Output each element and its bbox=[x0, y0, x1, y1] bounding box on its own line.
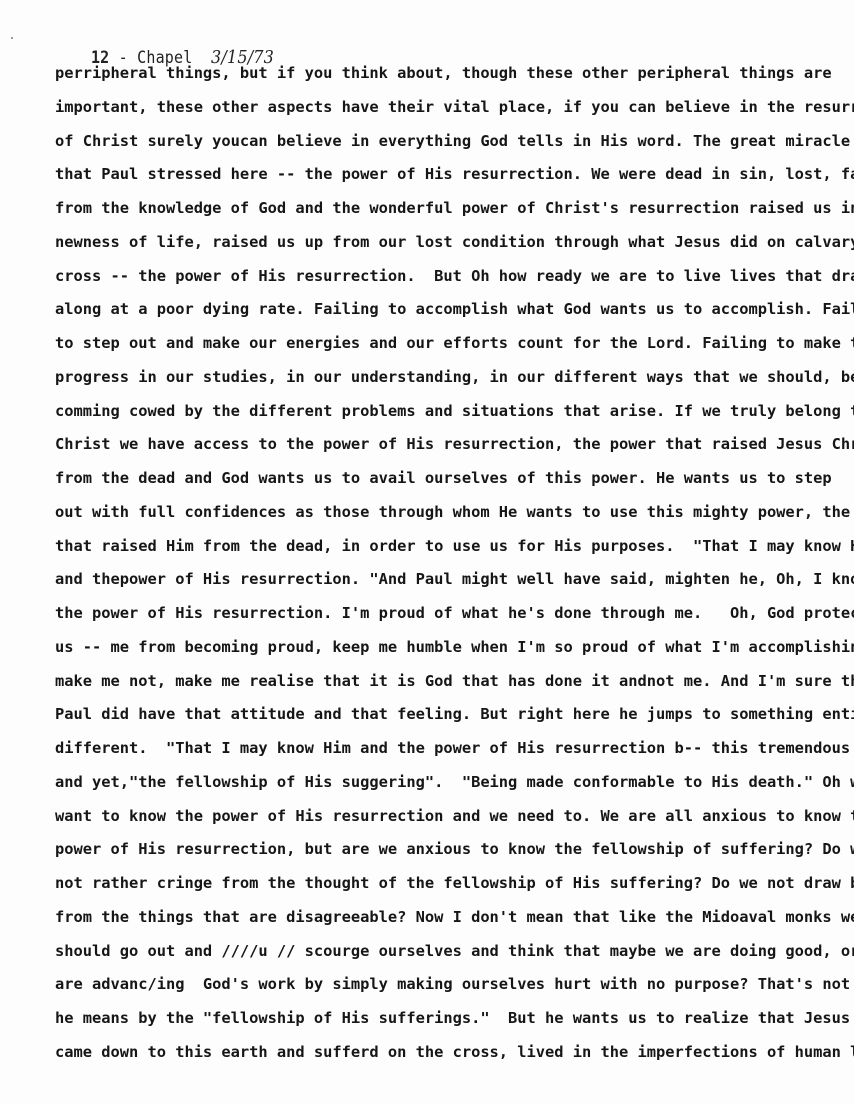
text-line: came down to this earth and sufferd on t… bbox=[55, 1041, 854, 1075]
ink-speck bbox=[11, 37, 13, 39]
body-text: perripheral things, but if you think abo… bbox=[55, 62, 854, 1075]
text-line: of Christ surely youcan believe in every… bbox=[55, 130, 854, 164]
text-line: cross -- the power of His resurrection. … bbox=[55, 265, 854, 299]
text-line: the power of His resurrection. I'm proud… bbox=[55, 602, 854, 636]
text-line: from the dead and God wants us to avail … bbox=[55, 467, 854, 501]
text-line: newness of life, raised us up from our l… bbox=[55, 231, 854, 265]
text-line: want to know the power of His resurrecti… bbox=[55, 805, 854, 839]
text-line: are advanc/ing God's work by simply maki… bbox=[55, 973, 854, 1007]
text-line: not rather cringe from the thought of th… bbox=[55, 872, 854, 906]
text-line: from the things that are disagreeable? N… bbox=[55, 906, 854, 940]
text-line: along at a poor dying rate. Failing to a… bbox=[55, 298, 854, 332]
text-line: that Paul stressed here -- the power of … bbox=[55, 163, 854, 197]
text-line: and thepower of His resurrection. "And P… bbox=[55, 568, 854, 602]
text-line: that raised Him from the dead, in order … bbox=[55, 535, 854, 569]
text-line: to step out and make our energies and ou… bbox=[55, 332, 854, 366]
text-line: he means by the "fellowship of His suffe… bbox=[55, 1007, 854, 1041]
text-line: important, these other aspects have thei… bbox=[55, 96, 854, 130]
typewritten-page: 12 - Chapel 3/15/73 perripheral things, … bbox=[0, 0, 854, 1104]
text-line: from the knowledge of God and the wonder… bbox=[55, 197, 854, 231]
text-line: Christ we have access to the power of Hi… bbox=[55, 433, 854, 467]
text-line: power of His resurrection, but are we an… bbox=[55, 838, 854, 872]
text-line: progress in our studies, in our understa… bbox=[55, 366, 854, 400]
text-line: different. "That I may know Him and the … bbox=[55, 737, 854, 771]
text-line: comming cowed by the different problems … bbox=[55, 400, 854, 434]
text-line: should go out and ////u // scourge ourse… bbox=[55, 940, 854, 974]
text-line: perripheral things, but if you think abo… bbox=[55, 62, 854, 96]
text-line: make me not, make me realise that it is … bbox=[55, 670, 854, 704]
text-line: and yet,"the fellowship of His suggering… bbox=[55, 771, 854, 805]
text-line: us -- me from becoming proud, keep me hu… bbox=[55, 636, 854, 670]
text-line: Paul did have that attitude and that fee… bbox=[55, 703, 854, 737]
text-line: out with full confidences as those throu… bbox=[55, 501, 854, 535]
